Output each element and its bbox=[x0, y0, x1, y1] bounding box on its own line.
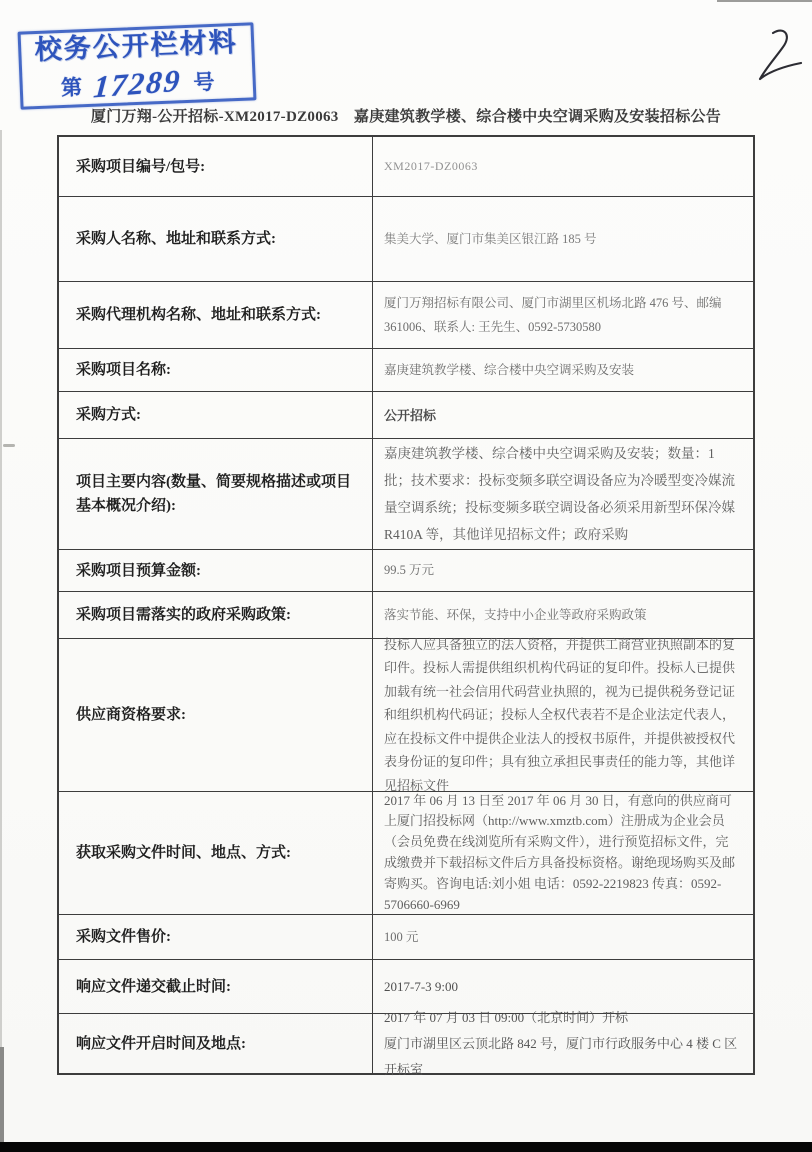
row-value: 99.5 万元 bbox=[372, 550, 753, 591]
table-row-bid-opening: 响应文件开启时间及地点: 2017 年 07 月 03 日 09:00（北京时间… bbox=[59, 1014, 753, 1073]
table-row-document-acquisition: 获取采购文件时间、地点、方式: 2017 年 06 月 13 日至 2017 年… bbox=[59, 792, 753, 915]
table-row-budget: 采购项目预算金额: 99.5 万元 bbox=[59, 550, 753, 592]
row-value: 嘉庚建筑教学楼、综合楼中央空调采购及安装 bbox=[372, 349, 753, 391]
row-label: 采购代理机构名称、地址和联系方式: bbox=[59, 282, 372, 348]
row-label: 响应文件开启时间及地点: bbox=[59, 1014, 372, 1073]
scan-edge-left-dark bbox=[0, 1047, 4, 1142]
table-row-purchaser: 采购人名称、地址和联系方式: 集美大学、厦门市集美区银江路 185 号 bbox=[59, 197, 753, 282]
table-row-project-name: 采购项目名称: 嘉庚建筑教学楼、综合楼中央空调采购及安装 bbox=[59, 349, 753, 392]
stamp-number-line: 第 17289 号 bbox=[22, 57, 253, 104]
row-value: XM2017-DZ0063 bbox=[372, 137, 753, 196]
row-value: 嘉庚建筑教学楼、综合楼中央空调采购及安装；数量：1 批；技术要求：投标变频多联空… bbox=[372, 439, 753, 549]
table-row-project-number: 采购项目编号/包号: XM2017-DZ0063 bbox=[59, 137, 753, 197]
scan-edge-top-right bbox=[717, 0, 812, 2]
row-label: 供应商资格要求: bbox=[59, 639, 372, 791]
document-title: 厦门万翔-公开招标-XM2017-DZ0063 嘉庚建筑教学楼、综合楼中央空调采… bbox=[0, 105, 812, 126]
row-label: 采购项目名称: bbox=[59, 349, 372, 391]
table-row-agency: 采购代理机构名称、地址和联系方式: 厦门万翔招标有限公司、厦门市湖里区机场北路 … bbox=[59, 282, 753, 349]
row-value: 投标人应具备独立的法人资格，并提供工商营业执照副本的复印件。投标人需提供组织机构… bbox=[372, 639, 753, 791]
row-value: 落实节能、环保，支持中小企业等政府采购政策 bbox=[372, 592, 753, 638]
table-row-document-price: 采购文件售价: 100 元 bbox=[59, 915, 753, 960]
stamp-handwritten-number: 17289 bbox=[93, 65, 183, 104]
handwritten-pen-mark-icon bbox=[742, 26, 804, 86]
row-label: 获取采购文件时间、地点、方式: bbox=[59, 792, 372, 914]
row-value: 厦门万翔招标有限公司、厦门市湖里区机场北路 476 号、邮编 361006、联系… bbox=[372, 282, 753, 348]
row-label: 采购项目编号/包号: bbox=[59, 137, 372, 196]
scanned-document-page: { "stamp": { "title": "校务公开栏材料", "number… bbox=[0, 0, 812, 1152]
row-label: 项目主要内容(数量、简要规格描述或项目基本概况介绍): bbox=[59, 439, 372, 549]
scan-edge-bottom bbox=[0, 1142, 812, 1152]
row-label: 采购方式: bbox=[59, 392, 372, 438]
row-label: 采购文件售价: bbox=[59, 915, 372, 959]
document-page: 校务公开栏材料 第 17289 号 厦门万翔-公开招标-XM2017-DZ006… bbox=[0, 0, 812, 1152]
row-label: 采购项目需落实的政府采购政策: bbox=[59, 592, 372, 638]
row-label: 采购项目预算金额: bbox=[59, 550, 372, 591]
table-row-main-content: 项目主要内容(数量、简要规格描述或项目基本概况介绍): 嘉庚建筑教学楼、综合楼中… bbox=[59, 439, 753, 550]
stamp-number-suffix: 号 bbox=[193, 67, 215, 98]
row-label: 采购人名称、地址和联系方式: bbox=[59, 197, 372, 281]
row-value: 集美大学、厦门市集美区银江路 185 号 bbox=[372, 197, 753, 281]
stamp-number-prefix: 第 bbox=[60, 72, 82, 103]
scan-stray-mark bbox=[3, 444, 15, 447]
row-label: 响应文件递交截止时间: bbox=[59, 960, 372, 1013]
procurement-table: 采购项目编号/包号: XM2017-DZ0063 采购人名称、地址和联系方式: … bbox=[57, 135, 755, 1075]
row-value: 100 元 bbox=[372, 915, 753, 959]
row-value: 2017 年 07 月 03 日 09:00（北京时间）开标 厦门市湖里区云顶北… bbox=[372, 1014, 753, 1073]
row-value: 公开招标 bbox=[372, 392, 753, 438]
table-row-procurement-method: 采购方式: 公开招标 bbox=[59, 392, 753, 439]
table-row-supplier-qualification: 供应商资格要求: 投标人应具备独立的法人资格，并提供工商营业执照副本的复印件。投… bbox=[59, 639, 753, 792]
registry-stamp: 校务公开栏材料 第 17289 号 bbox=[18, 22, 257, 109]
scan-edge-left bbox=[0, 130, 2, 1152]
row-value: 2017 年 06 月 13 日至 2017 年 06 月 30 日，有意向的供… bbox=[372, 792, 753, 914]
